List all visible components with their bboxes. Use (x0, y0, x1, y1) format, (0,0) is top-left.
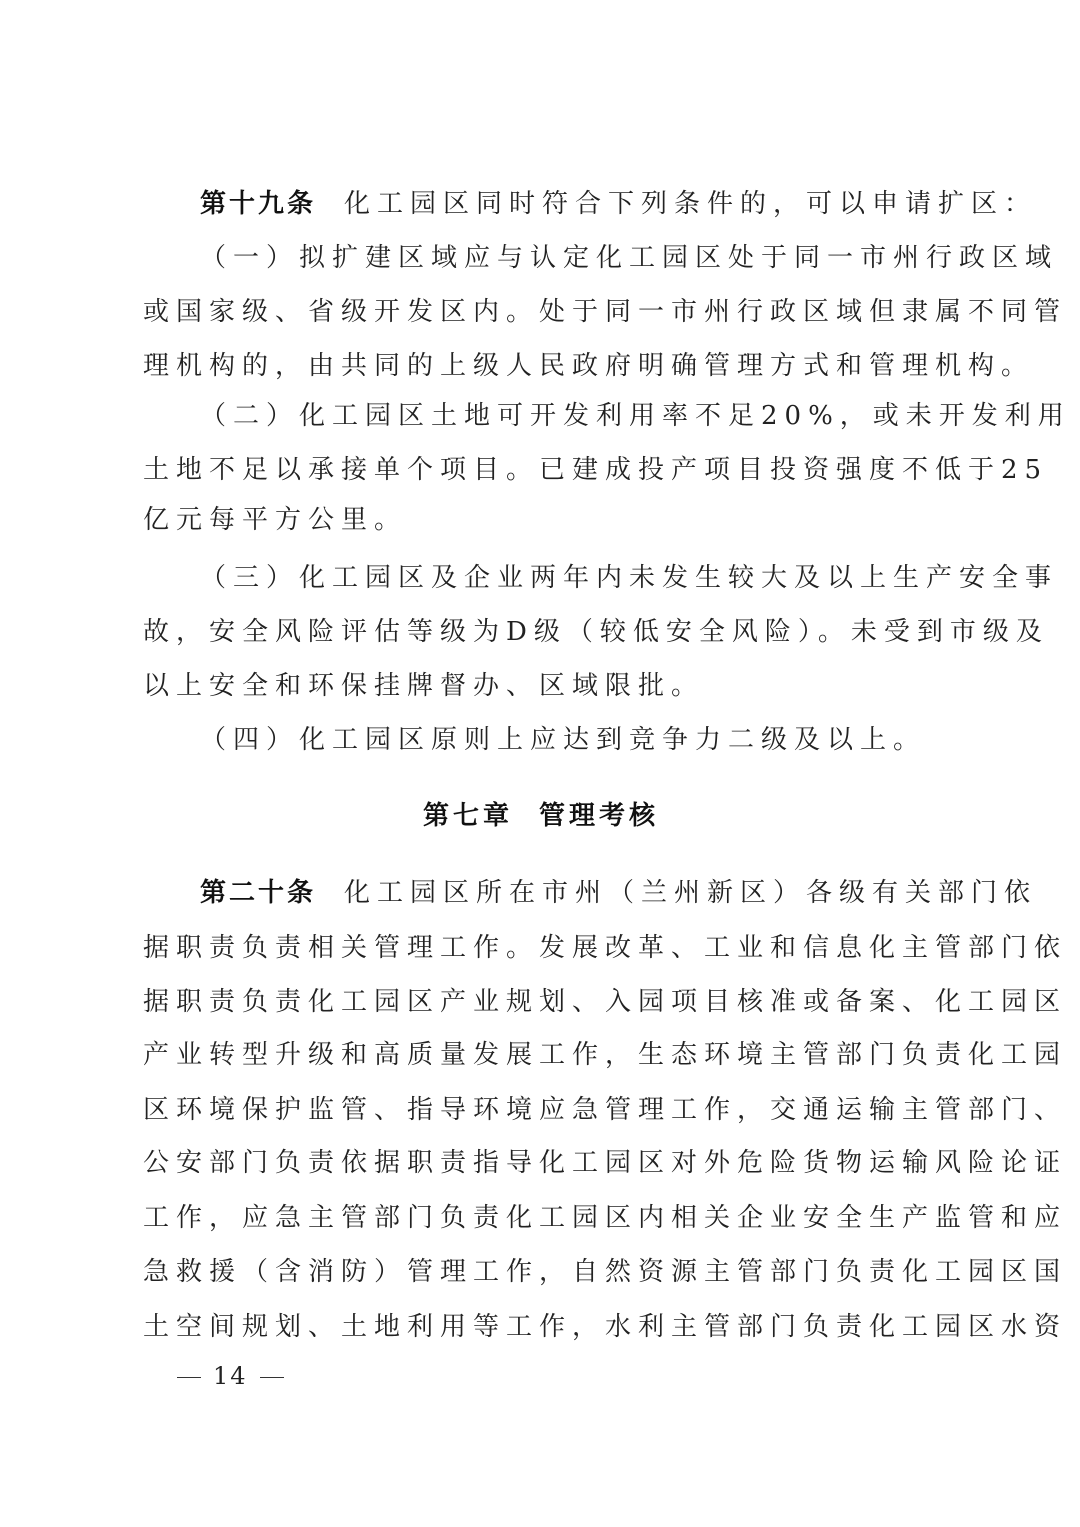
page-footer: 14 (165, 1356, 296, 1396)
article-20-line-7: 急救援（含消防）管理工作，自然资源主管部门负责化工园区国 (143, 1252, 939, 1292)
article-19-title: 第十九条 (200, 189, 316, 219)
article-19-line-1: （一）拟扩建区域应与认定化工园区处于同一市州行政区域 (200, 238, 939, 278)
article-19-line-4: （二）化工园区土地可开发利用率不足20%，或未开发利用 (200, 396, 939, 436)
article-19-line-10: （四）化工园区原则上应达到竞争力二级及以上。 (200, 720, 939, 760)
article-20-line-1: 据职责负责相关管理工作。发展改革、工业和信息化主管部门依 (143, 928, 939, 968)
article-19-intro: 化工园区同时符合下列条件的，可以申请扩区： (344, 189, 1037, 219)
article-20-heading-line: 第二十条化工园区所在市州（兰州新区）各级有关部门依 (200, 873, 939, 913)
article-19-line-9: 以上安全和环保挂牌督办、区域限批。 (143, 666, 939, 706)
article-20-line-3: 产业转型升级和高质量发展工作，生态环境主管部门负责化工园 (143, 1035, 939, 1075)
article-19-line-6: 亿元每平方公里。 (143, 500, 939, 540)
article-19-line-7: （三）化工园区及企业两年内未发生较大及以上生产安全事 (200, 558, 939, 598)
article-19-line-3: 理机构的，由共同的上级人民政府明确管理方式和管理机构。 (143, 346, 939, 386)
article-20-line-8: 土空间规划、土地利用等工作，水利主管部门负责化工园区水资 (143, 1307, 939, 1347)
chapter-number: 第七章 (423, 801, 513, 831)
article-20-line-2: 据职责负责化工园区产业规划、入园项目核准或备案、化工园区 (143, 982, 939, 1022)
article-20-title: 第二十条 (200, 878, 316, 908)
chapter-heading: 第七章管理考核 (143, 796, 939, 836)
article-20-line-5: 公安部门负责依据职责指导化工园区对外危险货物运输风险论证 (143, 1143, 939, 1183)
article-19-line-2: 或国家级、省级开发区内。处于同一市州行政区域但隶属不同管 (143, 292, 939, 332)
footer-dash-right (260, 1377, 284, 1378)
footer-dash-left (177, 1377, 201, 1378)
article-20-intro: 化工园区所在市州（兰州新区）各级有关部门依 (344, 878, 1037, 908)
chapter-title: 管理考核 (539, 801, 659, 831)
article-19-line-5: 土地不足以承接单个项目。已建成投产项目投资强度不低于25 (143, 450, 939, 490)
article-19-line-8: 故，安全风险评估等级为D级（较低安全风险）。未受到市级及 (143, 612, 939, 652)
article-20-line-6: 工作，应急主管部门负责化工园区内相关企业安全生产监管和应 (143, 1198, 939, 1238)
article-19-heading-line: 第十九条化工园区同时符合下列条件的，可以申请扩区： (200, 184, 939, 224)
page-number: 14 (213, 1362, 248, 1390)
article-20-line-4: 区环境保护监管、指导环境应急管理工作，交通运输主管部门、 (143, 1090, 939, 1130)
